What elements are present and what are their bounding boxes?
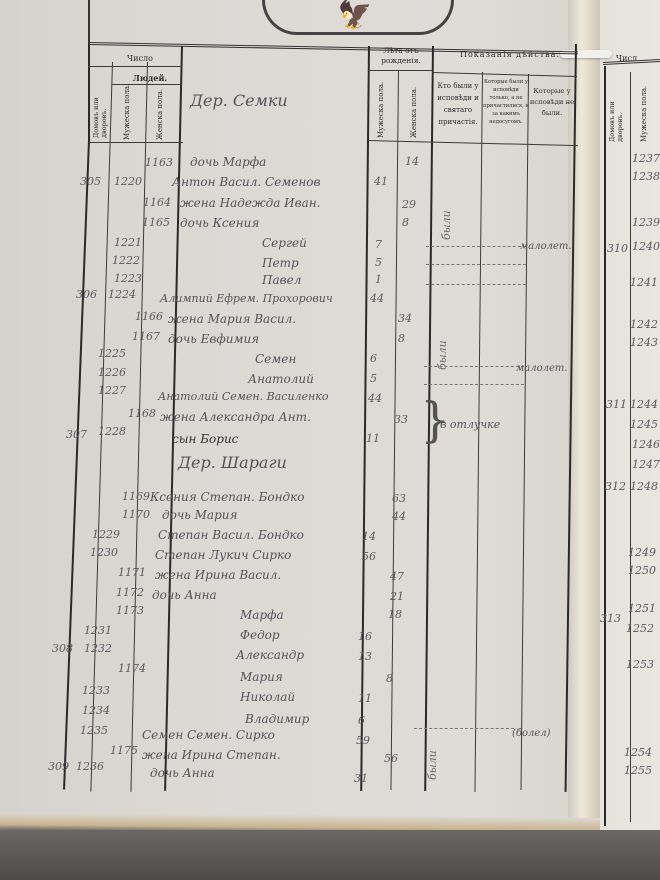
ribbon-icon bbox=[262, 0, 454, 35]
male-number: 1245 bbox=[630, 418, 658, 432]
dash-rule bbox=[426, 284, 526, 285]
male-number: 1254 bbox=[624, 746, 652, 760]
male-number: 1247 bbox=[632, 458, 660, 472]
male-number: 1248 bbox=[630, 480, 658, 494]
confessed-mark: были bbox=[426, 720, 439, 780]
male-number: 1239 bbox=[632, 216, 660, 230]
header-age: Лѣта отъ рожденія. bbox=[370, 46, 432, 66]
male-number: 1253 bbox=[626, 658, 654, 672]
dash-rule bbox=[424, 384, 524, 385]
hdr-rule-1 bbox=[88, 66, 182, 67]
male-number: 1237 bbox=[632, 152, 660, 166]
sick-note: (болел) bbox=[512, 727, 551, 741]
village-heading: Дер. Шараги bbox=[178, 456, 287, 470]
dash-rule bbox=[414, 728, 514, 729]
male-number: 1243 bbox=[630, 336, 658, 350]
right-header-households: Домовъ или дворовъ. bbox=[608, 80, 626, 142]
village-heading: Дер. Семки bbox=[190, 94, 288, 108]
header-people: Людей. bbox=[130, 73, 170, 83]
house-number: 313 bbox=[600, 612, 621, 626]
header-confessed: Кто были у исповѣди и святаго причастія. bbox=[433, 80, 483, 128]
imperial-emblem-icon: 🦅 bbox=[280, 0, 430, 40]
right-header-male: Мужеска пола. bbox=[640, 92, 648, 142]
right-col-divider bbox=[630, 72, 631, 822]
header-not-confessed: Которые у исповѣди не были. bbox=[529, 86, 575, 119]
dash-rule bbox=[426, 264, 526, 265]
desk-surface bbox=[0, 830, 660, 880]
house-number: 312 bbox=[605, 480, 626, 494]
male-number: 1241 bbox=[630, 276, 658, 290]
header-households: Домовъ или дворовъ. bbox=[92, 74, 110, 138]
male-number: 1249 bbox=[628, 546, 656, 560]
house-number: 310 bbox=[607, 242, 628, 256]
header-remarks: Показанія дѣйства. bbox=[440, 50, 580, 60]
male-number: 1255 bbox=[624, 764, 652, 778]
header-only-confessed: Которые были у исповѣди только, а не при… bbox=[483, 78, 529, 126]
header-number: Число bbox=[110, 54, 170, 64]
right-header-number: Числ bbox=[616, 54, 660, 64]
hdr-bottom-rule-1 bbox=[88, 142, 183, 143]
header-male: Мужеска пола. bbox=[123, 90, 131, 140]
top-frame-edge bbox=[88, 0, 90, 45]
house-number: 311 bbox=[606, 398, 627, 412]
underage-note: малолет. bbox=[520, 240, 572, 254]
hdr-rule-3 bbox=[368, 70, 432, 71]
male-number: 1238 bbox=[632, 170, 660, 184]
underage-note: малолет. bbox=[516, 362, 568, 376]
male-number: 1252 bbox=[626, 622, 654, 636]
confessed-mark: были bbox=[436, 290, 449, 370]
confessed-mark: были bbox=[440, 150, 453, 240]
male-number: 1251 bbox=[628, 602, 656, 616]
header-age-male: Мужеска пола. bbox=[377, 80, 385, 138]
dash-rule bbox=[426, 246, 526, 247]
absent-note: в отлучке bbox=[440, 418, 500, 432]
header-age-female: Женска пола. bbox=[410, 80, 418, 138]
male-number: 1242 bbox=[630, 318, 658, 332]
frame-left-top bbox=[88, 44, 90, 144]
dash-rule bbox=[424, 366, 524, 367]
male-number: 1240 bbox=[632, 240, 660, 254]
right-frame-left bbox=[604, 66, 606, 826]
header-female: Женска пола. bbox=[156, 90, 164, 140]
male-number: 1244 bbox=[630, 398, 658, 412]
male-number: 1250 bbox=[628, 564, 656, 578]
male-number: 1246 bbox=[632, 438, 660, 452]
